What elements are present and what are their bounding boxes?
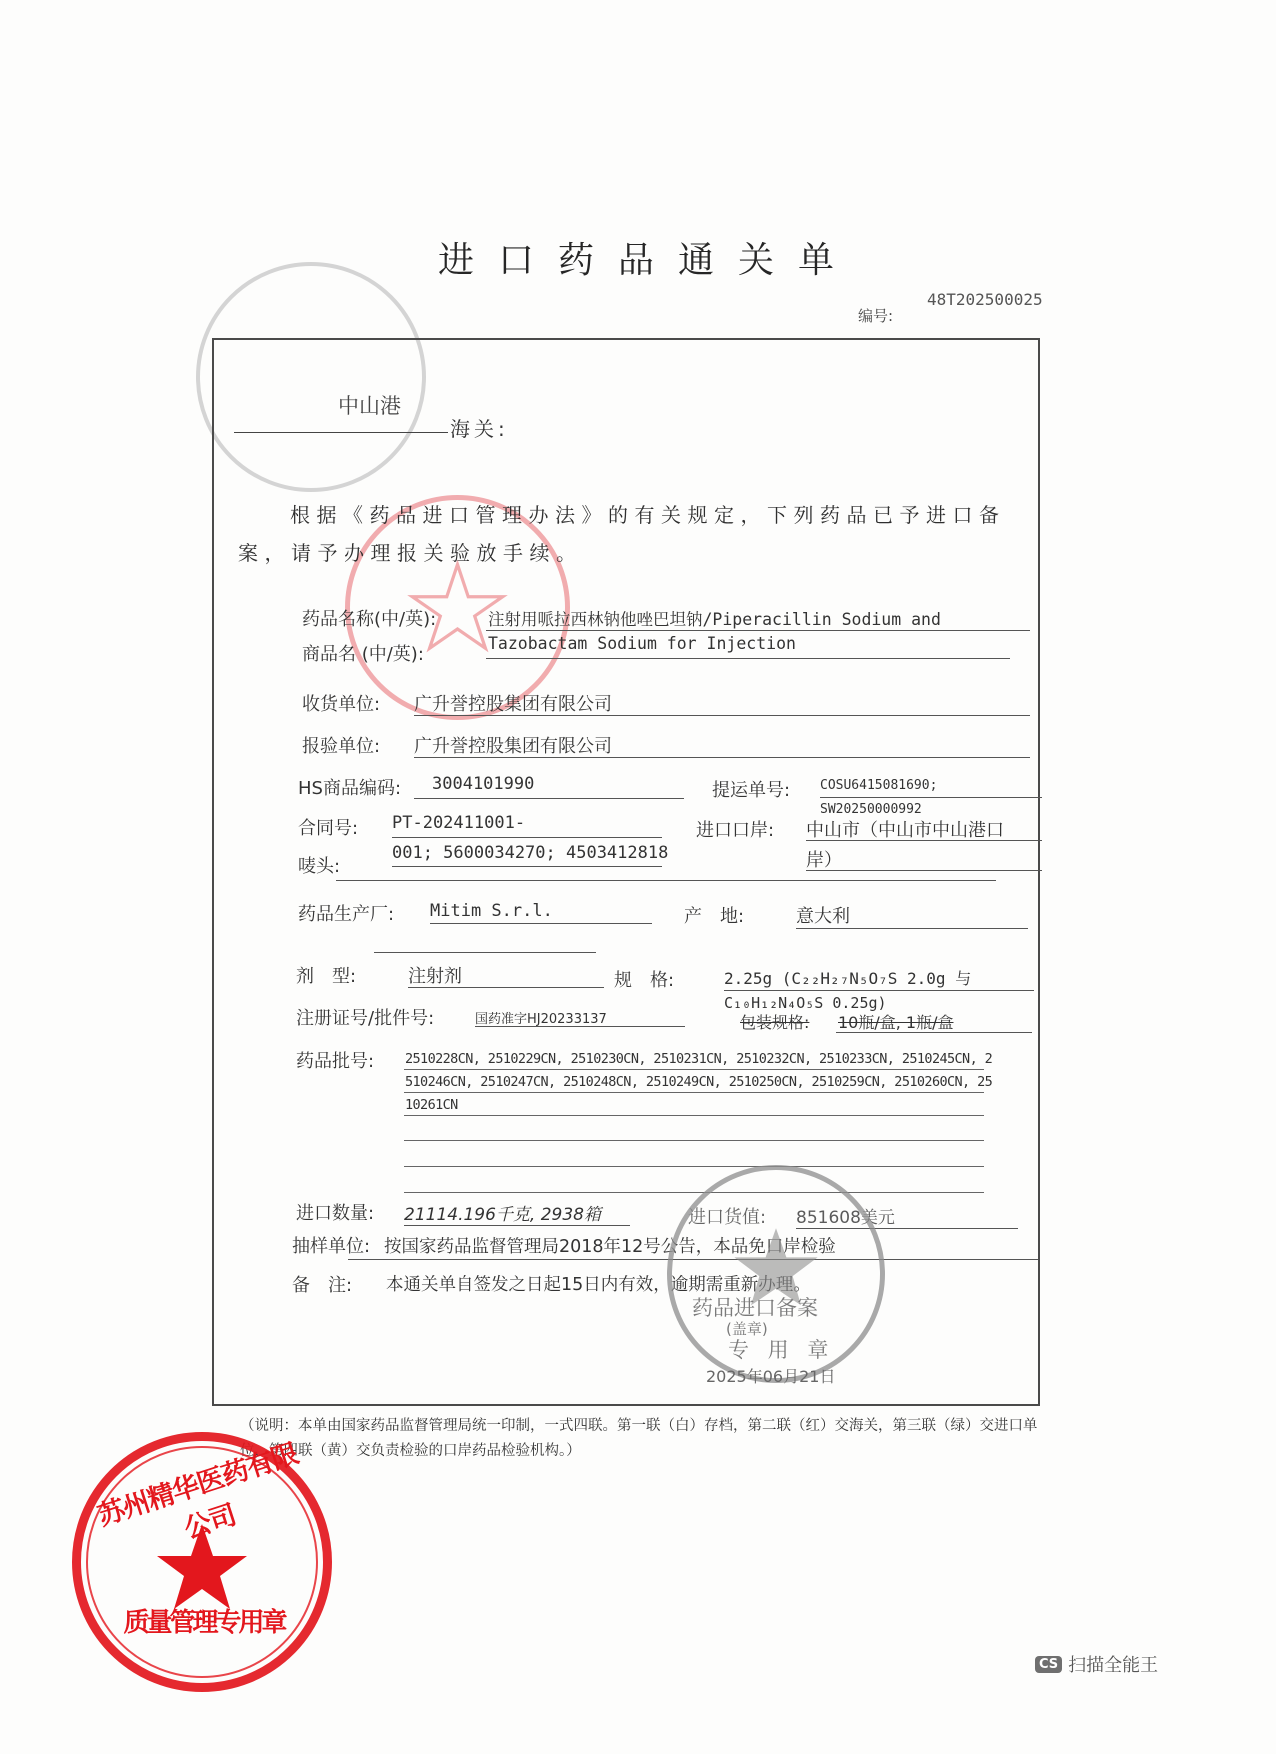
drug-name-value-1: 注射用哌拉西林钠他唑巴坦钠/Piperacillin Sodium and: [488, 606, 941, 630]
underline: [414, 715, 1030, 716]
import-quantity-value: 21114.196千克, 2938箱: [404, 1200, 601, 1225]
contract-value-1: PT-202411001-: [392, 813, 525, 833]
watermark-label: 扫描全能王: [1068, 1651, 1158, 1677]
registration-value: 国药准字HJ20233137: [475, 1008, 607, 1027]
consignee-value: 广升誉控股集团有限公司: [414, 690, 612, 716]
hs-code-label: HS商品编码:: [298, 774, 401, 800]
registration-label: 注册证号/批件号:: [296, 1004, 434, 1030]
underline: [820, 797, 1042, 798]
specification-label: 规 格:: [614, 966, 674, 992]
inspection-applicant-label: 报验单位:: [302, 732, 380, 758]
specification-value-1: 2.25g (C₂₂H₂₇N₅O₇S 2.0g 与: [724, 966, 971, 989]
underline: [430, 923, 652, 924]
intro-paragraph: 根据《药品进口管理办法》的有关规定，下列药品已予进口备案，请予办理报关验放手续。: [238, 496, 1028, 572]
underline: [486, 658, 1010, 659]
origin-label: 产 地:: [684, 902, 744, 928]
underline: [475, 1026, 685, 1027]
serial-number: 48T202500025: [927, 290, 1043, 309]
drug-name-value-2: Tazobactam Sodium for Injection: [488, 634, 796, 653]
serial-label: 编号:: [858, 305, 893, 326]
customs-underline: [234, 432, 448, 433]
underline: [414, 757, 1030, 758]
import-quantity-label: 进口数量:: [296, 1199, 374, 1225]
batch-numbers-value: 2510228CN, 2510229CN, 2510230CN, 2510231…: [405, 1048, 995, 1117]
underline: [836, 1032, 1032, 1033]
trade-name-label: 商品名 (中/英):: [302, 640, 424, 666]
bill-of-lading-value-2: SW20250000992: [820, 802, 922, 817]
footnote: （说明：本单由国家药品监督管理局统一印制，一式四联。第一联（白）存档，第二联（红…: [240, 1414, 1040, 1464]
document-title: 进口药品通关单: [0, 232, 1276, 283]
underline: [796, 928, 1028, 929]
origin-value: 意大利: [796, 902, 850, 928]
underline: [806, 870, 1042, 871]
packaging-label: 包装规格:: [740, 1010, 809, 1033]
underline: [408, 987, 604, 988]
contract-label: 合同号:: [298, 814, 358, 840]
underline: [392, 866, 662, 867]
dosage-form-value: 注射剂: [408, 962, 462, 988]
hs-code-value: 3004101990: [432, 774, 534, 794]
underline: [404, 1140, 984, 1141]
port-of-entry-value-1: 中山市（中山市中山港口: [806, 816, 1004, 842]
manufacturer-label: 药品生产厂:: [298, 900, 394, 926]
underline: [374, 952, 596, 953]
drug-name-label: 药品名称(中/英):: [302, 605, 436, 631]
dosage-form-label: 剂 型:: [296, 962, 356, 988]
customs-suffix: 海关:: [450, 413, 509, 442]
issuer-stamp-line3: 专 用 章: [728, 1334, 834, 1364]
manufacturer-value: Mitim S.r.l.: [430, 901, 553, 921]
bill-of-lading-value-1: COSU6415081690;: [820, 778, 937, 793]
underline: [486, 630, 1030, 631]
underline: [806, 840, 1042, 841]
port-of-entry-label: 进口口岸:: [696, 816, 774, 842]
underline: [404, 1115, 984, 1116]
scanner-watermark: CS 扫描全能王: [1035, 1651, 1158, 1677]
company-stamp-purpose: 质量管理专用章: [100, 1602, 308, 1639]
batch-numbers-label: 药品批号:: [296, 1047, 374, 1073]
underline: [724, 990, 1034, 991]
underline: [404, 1166, 984, 1167]
inspection-applicant-value: 广升誉控股集团有限公司: [414, 732, 612, 758]
camscanner-logo-icon: CS: [1035, 1656, 1062, 1673]
bill-of-lading-label: 提运单号:: [712, 776, 790, 802]
underline: [404, 1069, 984, 1070]
marks-label: 唛头:: [298, 852, 340, 878]
underline: [404, 1225, 630, 1226]
packaging-value: 10瓶/盒, 1瓶/盒: [838, 1010, 954, 1033]
underline: [392, 837, 662, 838]
issue-date: 2025年06月21日: [706, 1364, 835, 1387]
customs-port: 中山港: [338, 390, 401, 420]
underline: [414, 798, 684, 799]
consignee-label: 收货单位:: [302, 690, 380, 716]
remarks-label: 备 注:: [292, 1271, 352, 1297]
underline: [336, 880, 996, 881]
sampling-unit-label: 抽样单位:: [292, 1232, 370, 1258]
underline: [404, 1092, 984, 1093]
port-of-entry-value-2: 岸）: [806, 846, 842, 872]
marks-value: 001; 5600034270; 4503412818: [392, 843, 668, 863]
